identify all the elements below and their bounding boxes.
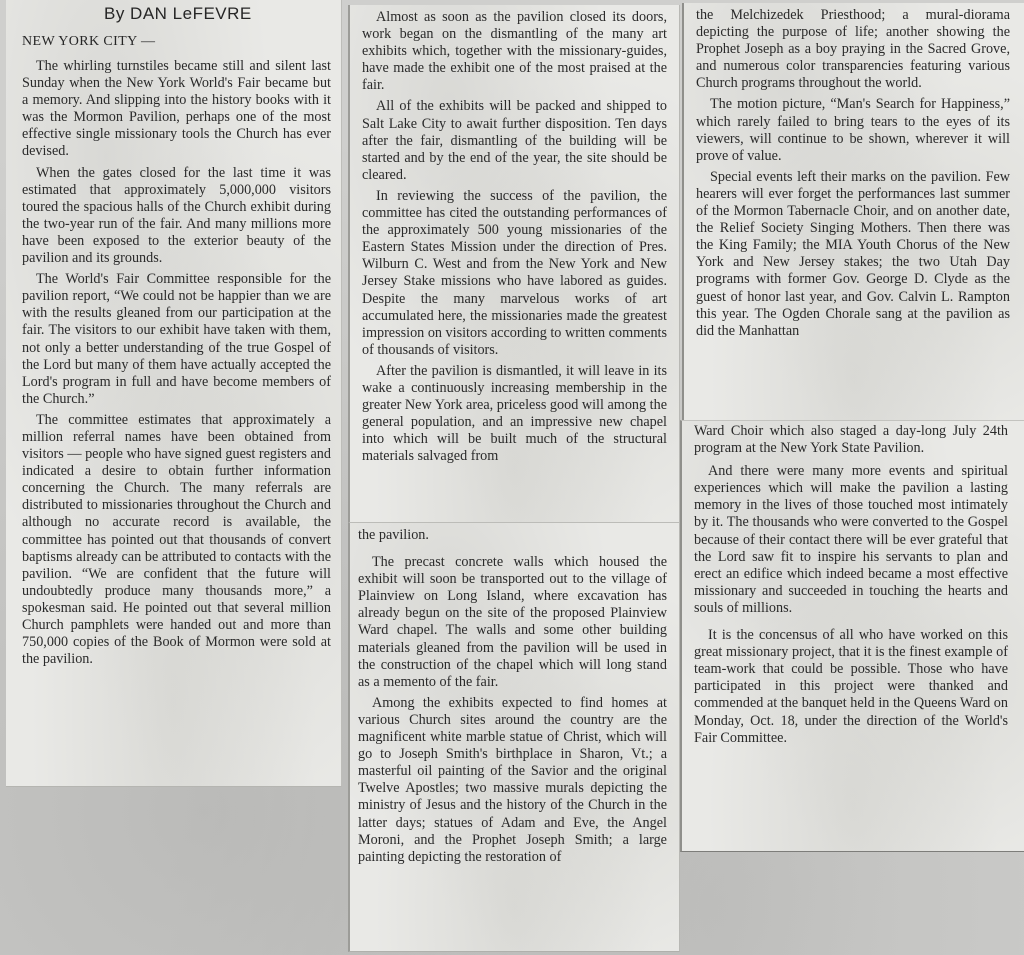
article-column-2-top: Almost as soon as the pavilion closed it… <box>348 5 680 525</box>
paragraph: And there were many more events and spir… <box>694 463 1008 617</box>
paragraph: After the pavilion is dismantled, it wil… <box>362 363 667 466</box>
article-column-1: By DAN LeFEVRE NEW YORK CITY — The whirl… <box>6 0 342 787</box>
paragraph: Special events left their marks on the p… <box>696 169 1010 340</box>
paragraph: The whirling turnstiles became still and… <box>22 58 331 161</box>
paragraph: The precast concrete walls which housed … <box>358 554 667 691</box>
dateline: NEW YORK CITY — <box>22 34 331 50</box>
article-column-2-bottom: the pavilion. The precast concrete walls… <box>348 522 680 952</box>
paragraph: the pavilion. <box>358 527 667 544</box>
paragraph: The motion picture, “Man's Search for Ha… <box>696 96 1010 164</box>
article-column-3-top: the Melchizedek Priesthood; a mural-dior… <box>682 3 1024 423</box>
paragraph: In reviewing the success of the pavilion… <box>362 188 667 359</box>
paragraph: When the gates closed for the last time … <box>22 165 331 268</box>
paragraph: Among the exhibits expected to find home… <box>358 695 667 866</box>
paragraph: The committee estimates that approximate… <box>22 412 331 668</box>
byline: By DAN LeFEVRE <box>104 4 331 24</box>
paragraph: All of the exhibits will be packed and s… <box>362 98 667 183</box>
paragraph: The World's Fair Committee responsible f… <box>22 271 331 408</box>
paragraph: It is the concensus of all who have work… <box>694 627 1008 747</box>
paragraph: Ward Choir which also staged a day-long … <box>694 423 1008 457</box>
paragraph: the Melchizedek Priesthood; a mural-dior… <box>696 7 1010 92</box>
article-column-3-bottom: Ward Choir which also staged a day-long … <box>680 420 1024 852</box>
paragraph: Almost as soon as the pavilion closed it… <box>362 9 667 94</box>
